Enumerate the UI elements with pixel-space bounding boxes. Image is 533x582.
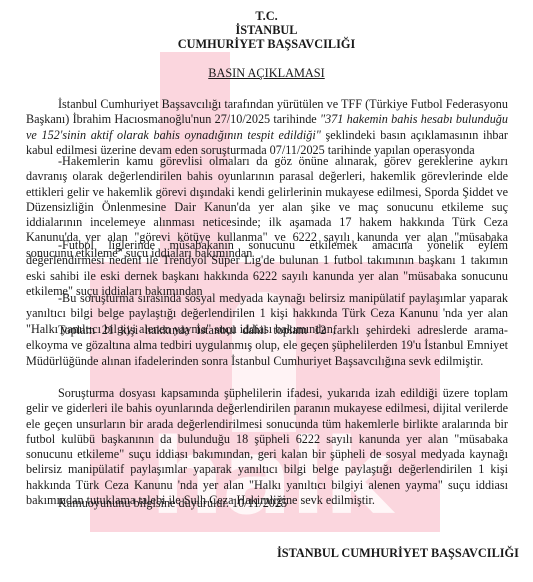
paragraph-investigation-file: Soruşturma dosyası kapsamında şüpheliler… [26, 386, 508, 508]
paragraph-club-president: -Futbol liglerinde müsabakanın sonucunu … [26, 238, 508, 299]
press-release-document: T.C. İSTANBUL CUMHURİYET BAŞSAVCILIĞI BA… [0, 0, 533, 582]
header-institution: CUMHURİYET BAŞSAVCILIĞI [0, 37, 533, 51]
paragraph-intro: İstanbul Cumhuriyet Başsavcılığı tarafın… [26, 97, 508, 158]
header-city: İSTANBUL [0, 23, 533, 37]
paragraph-investigation-file-text: Soruşturma dosyası kapsamında şüpheliler… [26, 386, 508, 507]
document-title-text: BASIN AÇIKLAMASI [208, 66, 325, 80]
paragraph-club-president-text: -Futbol liglerinde müsabakanın sonucunu … [26, 238, 508, 298]
paragraph-total-text: Toplam 21 kişi hakkında İstanbul dahil t… [26, 323, 508, 368]
document-title: BASIN AÇIKLAMASI [0, 66, 533, 80]
header-tc: T.C. [0, 9, 533, 23]
closing-statement: Kamuoyununu bilgisine duyurulur. 10/11/2… [58, 496, 287, 511]
signature: İSTANBUL CUMHURİYET BAŞSAVCILIĞI [277, 546, 519, 560]
paragraph-total: Toplam 21 kişi hakkında İstanbul dahil t… [26, 323, 508, 369]
